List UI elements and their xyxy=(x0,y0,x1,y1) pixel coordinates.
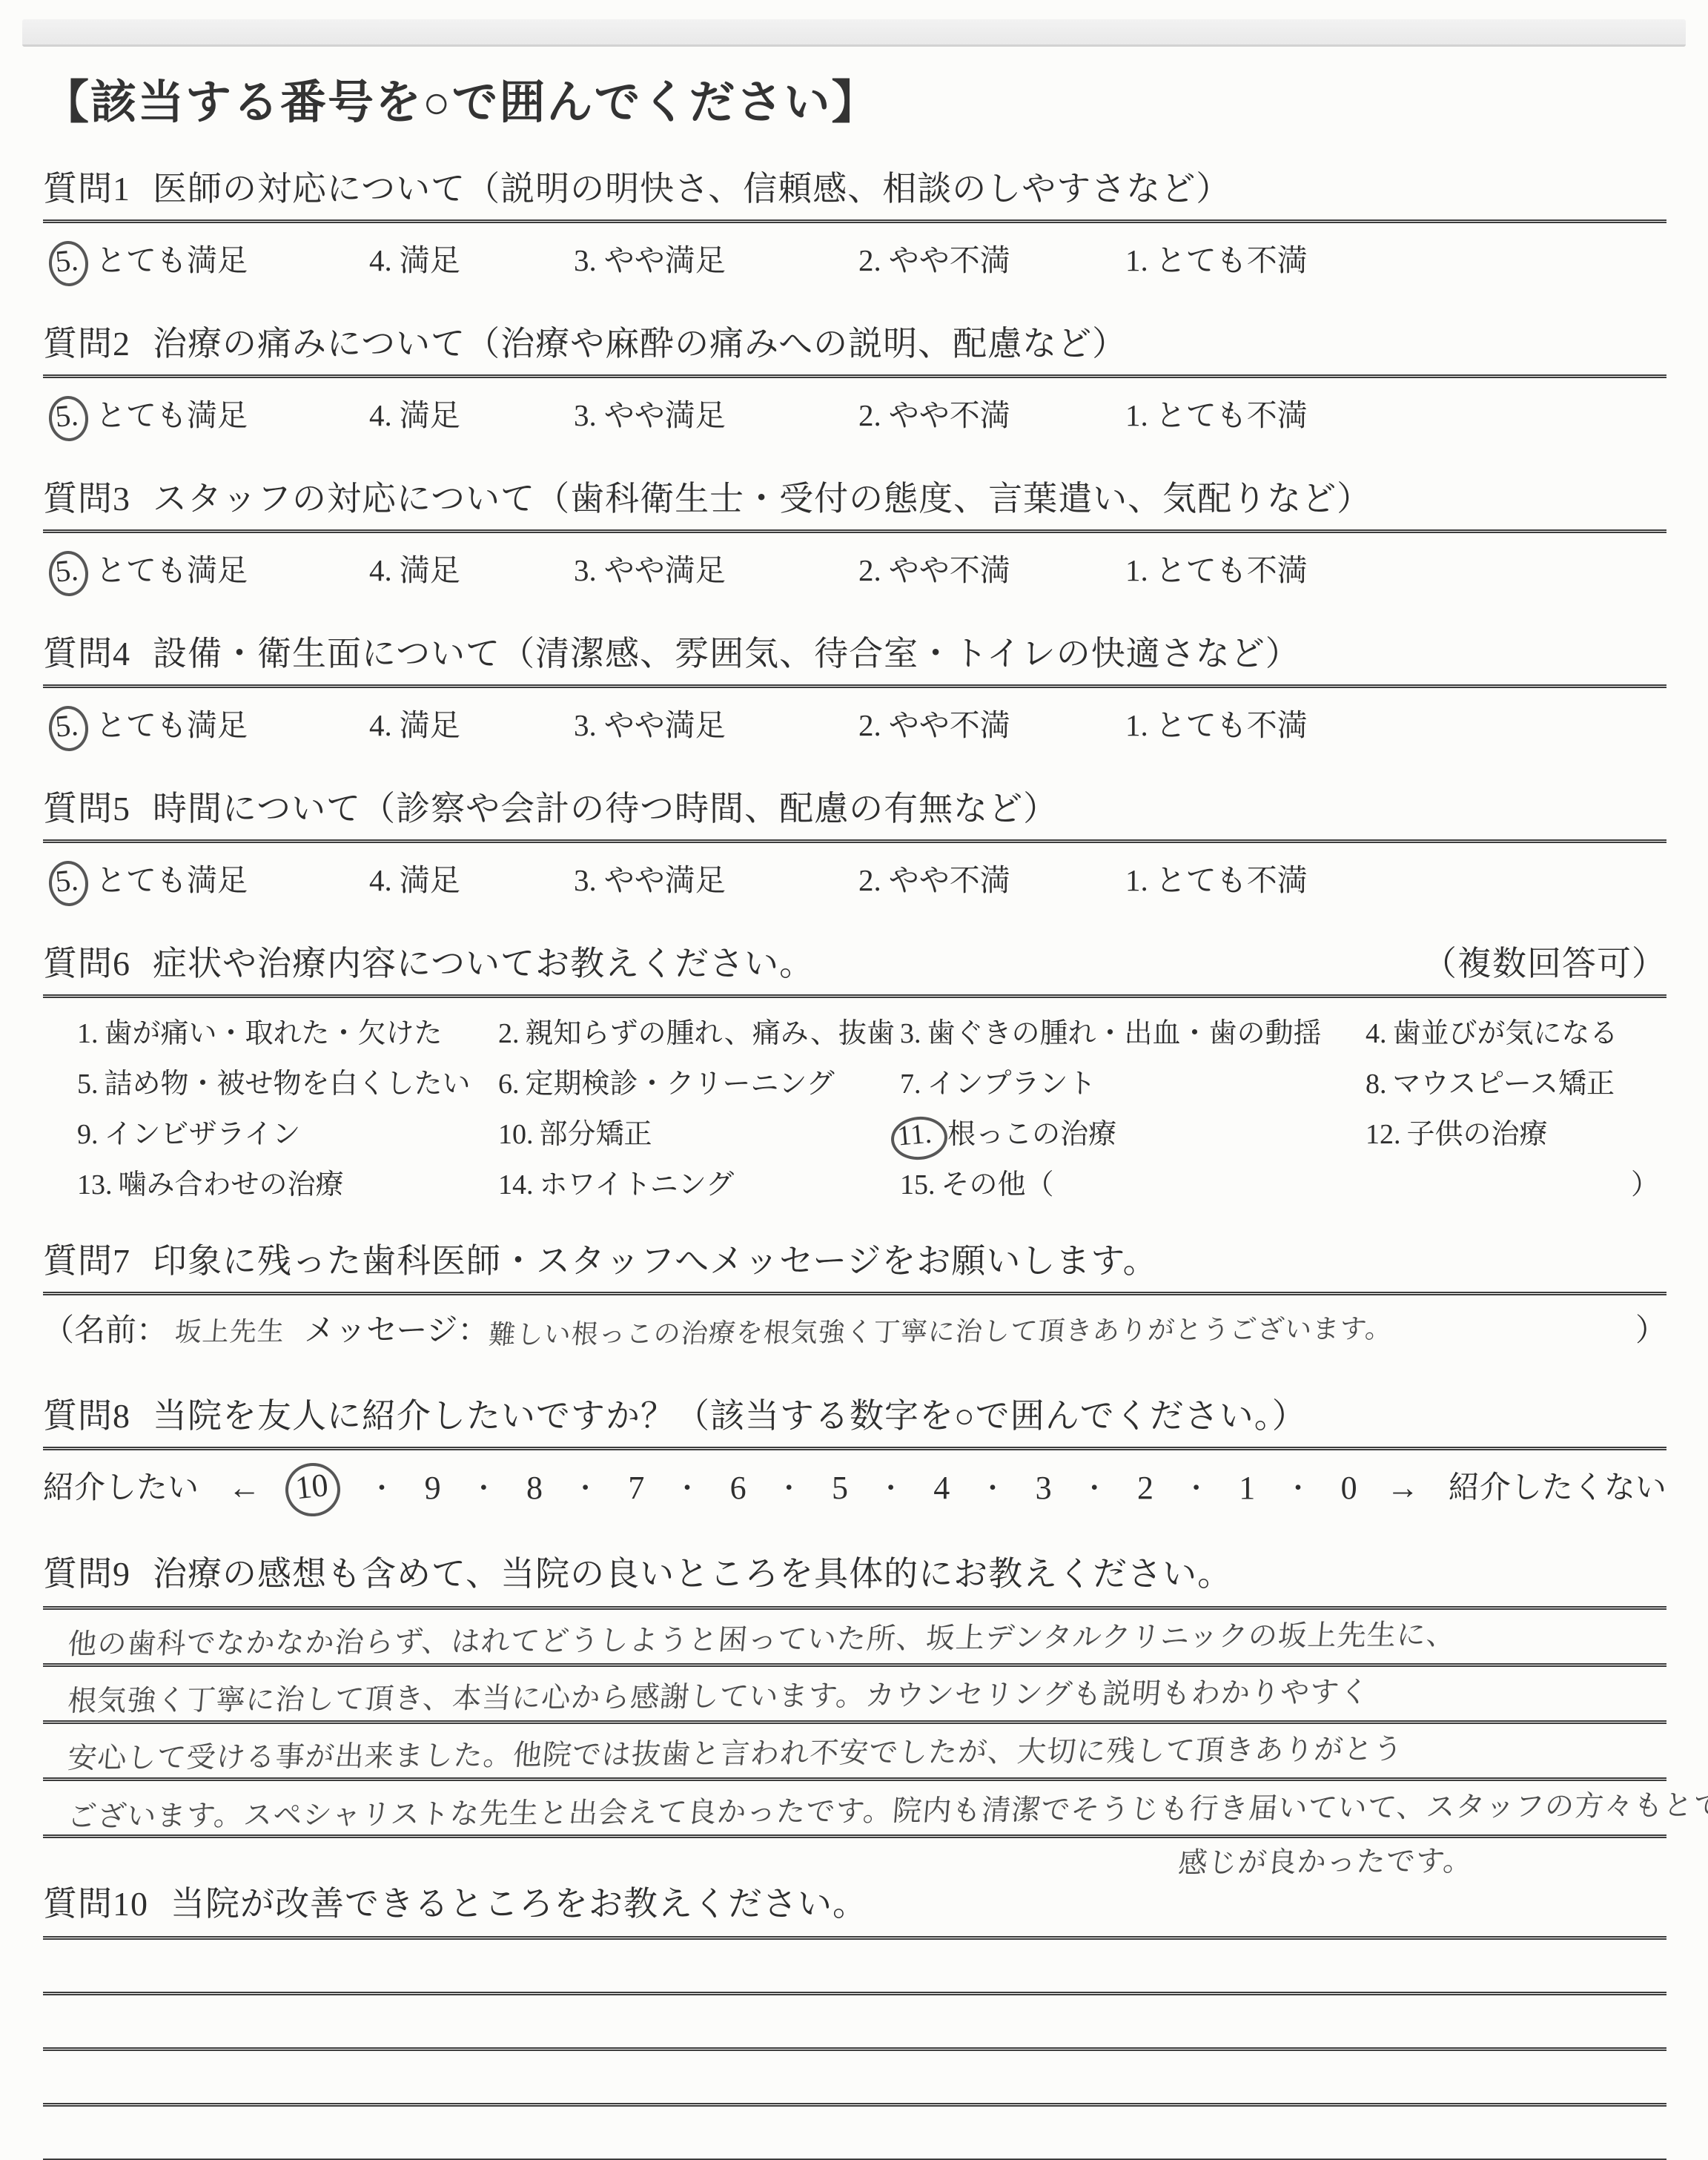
question-10: 質問10 当院が改善できるところをお教えください。 xyxy=(43,1883,1666,2160)
option-number: 10. xyxy=(498,1119,534,1150)
rating-option-4: 4.満足 xyxy=(369,858,574,902)
option-number: 9. xyxy=(77,1119,99,1150)
option-label: 親知らずの腫れ、痛み、抜歯 xyxy=(526,1018,896,1049)
option-number: 3. xyxy=(574,553,597,587)
question-2-heading: 質問2 治療の痛みについて（治療や麻酔の痛みへの説明、配慮など） xyxy=(43,323,1666,366)
option-number: 1. xyxy=(1125,398,1148,432)
option-label: マウスピース矯正 xyxy=(1393,1069,1615,1100)
answer-line-empty xyxy=(43,1940,1666,1995)
question-title: 設備・衛生面について（清潔感、雰囲気、待合室・トイレの快適さなど） xyxy=(153,633,1300,676)
symptom-option-10: 10.部分矯正 xyxy=(498,1118,900,1151)
symptom-option-3: 3.歯ぐきの腫れ・出血・歯の動揺 xyxy=(900,1017,1366,1050)
symptom-options-grid: 1.歯が痛い・取れた・欠けた 2.親知らずの腫れ、痛み、抜歯 3.歯ぐきの腫れ・… xyxy=(43,998,1666,1201)
rating-option-5: 5. とても満足 xyxy=(58,858,369,902)
symptom-option-14: 14.ホワイトニング xyxy=(498,1169,900,1201)
option-number: 1. xyxy=(1125,243,1148,277)
option-label: とても不満 xyxy=(1156,708,1308,742)
question-title: 印象に残った歯科医師・スタッフへメッセージをお願いします。 xyxy=(153,1240,1158,1283)
rating-option-3: 3.やや満足 xyxy=(574,238,858,283)
handwritten-answer: 感じが良かったです。 xyxy=(1177,1838,1475,1882)
nps-number-6: 6 xyxy=(730,1464,747,1512)
rating-option-4: 4.満足 xyxy=(369,238,574,283)
question-label: 質問6 xyxy=(43,942,130,985)
question-1: 質問1 医師の対応について（説明の明快さ、信頼感、相談のしやすさなど） 5. と… xyxy=(43,168,1666,284)
option-label: やや不満 xyxy=(889,708,1010,742)
option-label: 詰め物・被せ物を白くしたい xyxy=(105,1069,471,1100)
option-label: 満足 xyxy=(400,863,460,897)
handwritten-answer: ございます。スペシャリストな先生と出会えて良かったです。院内も清潔でそうじも行き… xyxy=(66,1784,1708,1839)
question-9-heading: 質問9 治療の感想も含めて、当院の良いところを具体的にお教えください。 xyxy=(43,1553,1666,1596)
handwritten-circle: 5. xyxy=(47,394,90,443)
question-3-heading: 質問3 スタッフの対応について（歯科衛生士・受付の態度、言葉遣い、気配りなど） xyxy=(43,478,1666,521)
message-prefix: メッセージ： xyxy=(304,1309,489,1353)
option-label: やや不満 xyxy=(889,243,1010,277)
rating-option-2: 2.やや不満 xyxy=(858,548,1125,592)
dot-separator: ・ xyxy=(1081,1464,1108,1512)
rating-option-1: 1.とても不満 xyxy=(1125,548,1666,592)
other-close-paren: ） xyxy=(1366,1169,1666,1201)
option-number: 5. xyxy=(77,1069,99,1100)
question-title: 当院が改善できるところをお教えください。 xyxy=(171,1883,867,1926)
option-label: やや不満 xyxy=(889,398,1010,432)
question-label: 質問9 xyxy=(43,1553,130,1596)
answer-line-empty xyxy=(43,1995,1666,2051)
rating-option-2: 2.やや不満 xyxy=(858,393,1125,437)
handwritten-answer: 安心して受ける事が出来ました。他院では抜歯と言われ不安でしたが、大切に残して頂き… xyxy=(66,1728,1405,1781)
symptom-option-7: 7.インプラント xyxy=(900,1068,1366,1100)
symptom-option-4: 4.歯並びが気になる xyxy=(1366,1017,1666,1050)
option-number: 2. xyxy=(858,243,881,277)
rating-option-5: 5. とても満足 xyxy=(58,703,369,747)
rating-options: 5. とても満足 4.満足 3.やや満足 2.やや不満 1.とても不満 xyxy=(43,223,1666,284)
option-label: 噛み合わせの治療 xyxy=(119,1169,344,1200)
option-number: 5. xyxy=(54,862,80,899)
rating-option-3: 3.やや満足 xyxy=(574,548,858,592)
rating-option-1: 1.とても不満 xyxy=(1125,393,1666,437)
question-4: 質問4 設備・衛生面について（清潔感、雰囲気、待合室・トイレの快適さなど） 5.… xyxy=(43,633,1666,749)
handwritten-message: 難しい根っこの治療を根気強く丁寧に治して頂きありがとうございます。 xyxy=(487,1307,1394,1358)
question-5-heading: 質問5 時間について（診察や会計の待つ時間、配慮の有無など） xyxy=(43,787,1666,830)
option-label: 満足 xyxy=(400,553,460,587)
rating-option-2: 2.やや不満 xyxy=(858,238,1125,283)
nps-number-4: 4 xyxy=(933,1464,950,1512)
rating-option-3: 3.やや満足 xyxy=(574,703,858,747)
option-number: 13. xyxy=(77,1169,113,1200)
question-8-heading: 質問8 当院を友人に紹介したいですか？（該当する数字を○で囲んでください。） xyxy=(43,1395,1666,1438)
option-number: 15. xyxy=(900,1169,936,1200)
close-paren: ） xyxy=(1635,1309,1666,1353)
scan-artifact-bar xyxy=(22,19,1686,47)
option-number: 1. xyxy=(77,1018,99,1049)
message-line: （名前： 坂上先生 メッセージ： 難しい根っこの治療を根気強く丁寧に治して頂きあ… xyxy=(43,1295,1666,1356)
option-label: やや満足 xyxy=(604,708,726,742)
handwritten-circle: 5. xyxy=(47,549,90,598)
option-number: 1. xyxy=(1125,708,1148,742)
symptom-option-8: 8.マウスピース矯正 xyxy=(1366,1068,1666,1100)
symptom-option-12: 12.子供の治療 xyxy=(1366,1118,1666,1151)
option-number: 1. xyxy=(1125,553,1148,587)
scanned-survey-page: 【該当する番号を○で囲んでください】 質問1 医師の対応について（説明の明快さ、… xyxy=(0,0,1708,2160)
option-number: 5. xyxy=(54,397,80,434)
question-7-heading: 質問7 印象に残った歯科医師・スタッフへメッセージをお願いします。 xyxy=(43,1240,1666,1283)
option-label: とても満足 xyxy=(96,863,248,897)
option-label: 満足 xyxy=(400,398,460,432)
question-5: 質問5 時間について（診察や会計の待つ時間、配慮の有無など） 5. とても満足 … xyxy=(43,787,1666,904)
question-1-heading: 質問1 医師の対応について（説明の明快さ、信頼感、相談のしやすさなど） xyxy=(43,168,1666,211)
answer-line: ございます。スペシャリストな先生と出会えて良かったです。院内も清潔でそうじも行き… xyxy=(43,1781,1666,1838)
option-label: 根っこの治療 xyxy=(947,1119,1116,1150)
question-9: 質問9 治療の感想も含めて、当院の良いところを具体的にお教えください。 他の歯科… xyxy=(43,1553,1666,1881)
question-title: 治療の感想も含めて、当院の良いところを具体的にお教えください。 xyxy=(153,1553,1232,1596)
option-number: 11. xyxy=(896,1118,933,1152)
question-title: 症状や治療内容についてお教えください。 xyxy=(153,942,814,985)
left-arrow-icon: ← xyxy=(228,1464,261,1512)
option-label: 定期検診・クリーニング xyxy=(526,1069,835,1100)
symptom-option-5: 5.詰め物・被せ物を白くしたい xyxy=(77,1068,498,1100)
question-title: 医師の対応について（説明の明快さ、信頼感、相談のしやすさなど） xyxy=(153,168,1231,211)
nps-number-9: 9 xyxy=(425,1464,441,1512)
rating-option-1: 1.とても不満 xyxy=(1125,238,1666,283)
right-arrow-icon: → xyxy=(1386,1464,1419,1512)
option-label: やや不満 xyxy=(889,863,1010,897)
handwritten-circle: 5. xyxy=(47,859,90,908)
option-number: 4. xyxy=(369,398,392,432)
option-number: 2. xyxy=(858,553,881,587)
rating-option-3: 3.やや満足 xyxy=(574,393,858,437)
option-label: 満足 xyxy=(400,243,460,277)
question-2: 質問2 治療の痛みについて（治療や麻酔の痛みへの説明、配慮など） 5. とても満… xyxy=(43,323,1666,439)
question-title: 時間について（診察や会計の待つ時間、配慮の有無など） xyxy=(153,787,1058,830)
option-label: ホワイトニング xyxy=(540,1169,735,1200)
option-number: 5. xyxy=(54,707,80,744)
page-title: 【該当する番号を○で囲んでください】 xyxy=(43,77,1666,129)
option-label: 部分矯正 xyxy=(540,1119,652,1150)
nps-scale: 紹介したい ← 10 ・ 9 ・ 8 ・ 7 ・ 6 ・ 5 ・ 4 ・ 3 ・… xyxy=(43,1450,1666,1514)
question-title: スタッフの対応について（歯科衛生士・受付の態度、言葉遣い、気配りなど） xyxy=(153,478,1371,521)
question-8: 質問8 当院を友人に紹介したいですか？（該当する数字を○で囲んでください。） 紹… xyxy=(43,1395,1666,1514)
option-label: その他（ xyxy=(941,1169,1054,1200)
answer-line-empty xyxy=(43,2107,1666,2160)
question-label: 質問5 xyxy=(43,787,130,830)
option-number: 8. xyxy=(1366,1069,1387,1100)
option-number: 3. xyxy=(900,1018,921,1049)
option-number: 2. xyxy=(858,398,881,432)
rating-option-4: 4.満足 xyxy=(369,393,574,437)
question-6: 質問6 症状や治療内容についてお教えください。 （複数回答可） 1.歯が痛い・取… xyxy=(43,942,1666,1201)
option-label: やや満足 xyxy=(604,553,726,587)
question-title: 当院を友人に紹介したいですか？（該当する数字を○で囲んでください。） xyxy=(153,1395,1307,1438)
symptom-option-15: 15.その他（ xyxy=(900,1169,1366,1201)
option-number: 7. xyxy=(900,1069,921,1100)
question-7: 質問7 印象に残った歯科医師・スタッフへメッセージをお願いします。 （名前： 坂… xyxy=(43,1240,1666,1356)
rating-option-5: 5. とても満足 xyxy=(58,393,369,437)
answer-line: 根気強く丁寧に治して頂き、本当に心から感謝しています。カウンセリングも説明もわか… xyxy=(43,1667,1666,1724)
answer-overflow-line: 感じが良かったです。 xyxy=(43,1838,1666,1881)
option-label: 歯ぐきの腫れ・出血・歯の動揺 xyxy=(927,1018,1322,1049)
dot-separator: ・ xyxy=(1183,1464,1210,1512)
option-label: インプラント xyxy=(927,1069,1096,1100)
answer-line: 他の歯科でなかなか治らず、はれてどうしようと困っていた所、坂上デンタルクリニック… xyxy=(43,1610,1666,1667)
nps-right-label: 紹介したくない xyxy=(1449,1464,1666,1512)
option-label: 満足 xyxy=(400,708,460,742)
name-prefix: （名前： xyxy=(43,1309,168,1353)
option-label: やや満足 xyxy=(604,863,726,897)
option-label: とても不満 xyxy=(1156,243,1308,277)
rating-options: 5. とても満足 4.満足 3.やや満足 2.やや不満 1.とても不満 xyxy=(43,533,1666,594)
dot-separator: ・ xyxy=(470,1464,497,1512)
nps-number-7: 7 xyxy=(628,1464,644,1512)
rating-option-3: 3.やや満足 xyxy=(574,858,858,902)
nps-number-8: 8 xyxy=(526,1464,543,1512)
option-number: 12. xyxy=(1366,1119,1401,1150)
option-number: 3. xyxy=(574,863,597,897)
empty-answer-lines xyxy=(43,1940,1666,2160)
handwritten-name: 坂上先生 xyxy=(173,1309,287,1354)
question-label: 質問10 xyxy=(43,1883,148,1926)
question-label: 質問4 xyxy=(43,633,130,676)
dot-separator: ・ xyxy=(1285,1464,1311,1512)
option-label: とても満足 xyxy=(96,553,248,587)
handwritten-circle: 11. xyxy=(890,1114,950,1162)
rating-option-2: 2.やや不満 xyxy=(858,703,1125,747)
dot-separator: ・ xyxy=(979,1464,1006,1512)
nps-number-1: 1 xyxy=(1239,1464,1255,1512)
rating-options: 5. とても満足 4.満足 3.やや満足 2.やや不満 1.とても不満 xyxy=(43,378,1666,439)
option-number: 2. xyxy=(498,1018,520,1049)
option-label: 歯が痛い・取れた・欠けた xyxy=(105,1018,443,1049)
question-title: 治療の痛みについて（治療や麻酔の痛みへの説明、配慮など） xyxy=(153,323,1127,366)
multi-answer-note: （複数回答可） xyxy=(1423,942,1666,985)
handwritten-circle: 10 xyxy=(283,1460,343,1519)
option-number: 3. xyxy=(574,398,597,432)
nps-number-10: 10 xyxy=(294,1467,330,1506)
rating-option-4: 4.満足 xyxy=(369,548,574,592)
nps-number-2: 2 xyxy=(1137,1464,1153,1512)
rating-option-2: 2.やや不満 xyxy=(858,858,1125,902)
dot-separator: ・ xyxy=(775,1464,802,1512)
rating-options: 5. とても満足 4.満足 3.やや満足 2.やや不満 1.とても不満 xyxy=(43,843,1666,904)
rating-option-1: 1.とても不満 xyxy=(1125,703,1666,747)
option-number: 3. xyxy=(574,708,597,742)
question-label: 質問2 xyxy=(43,323,130,366)
option-label: とても満足 xyxy=(96,398,248,432)
option-number: 5. xyxy=(54,242,80,279)
dot-separator: ・ xyxy=(572,1464,599,1512)
nps-number-5: 5 xyxy=(832,1464,848,1512)
option-number: 14. xyxy=(498,1169,534,1200)
option-number: 4. xyxy=(369,708,392,742)
rating-option-1: 1.とても不満 xyxy=(1125,858,1666,902)
handwritten-circle: 5. xyxy=(47,704,90,753)
option-number: 4. xyxy=(1366,1018,1387,1049)
dot-separator: ・ xyxy=(674,1464,701,1512)
symptom-option-9: 9.インビザライン xyxy=(77,1118,498,1151)
symptom-option-13: 13.噛み合わせの治療 xyxy=(77,1169,498,1201)
symptom-option-2: 2.親知らずの腫れ、痛み、抜歯 xyxy=(498,1017,900,1050)
option-label: やや満足 xyxy=(604,243,726,277)
option-label: とても満足 xyxy=(96,708,248,742)
dot-separator: ・ xyxy=(878,1464,904,1512)
option-number: 4. xyxy=(369,243,392,277)
question-6-heading: 質問6 症状や治療内容についてお教えください。 （複数回答可） xyxy=(43,942,1666,985)
option-number: 2. xyxy=(858,708,881,742)
option-label: 歯並びが気になる xyxy=(1393,1018,1618,1049)
question-label: 質問3 xyxy=(43,478,130,521)
symptom-option-1: 1.歯が痛い・取れた・欠けた xyxy=(77,1017,498,1050)
question-label: 質問8 xyxy=(43,1395,130,1438)
option-label: とても満足 xyxy=(96,243,248,277)
rating-option-4: 4.満足 xyxy=(369,703,574,747)
handwritten-answer: 根気強く丁寧に治して頂き、本当に心から感謝しています。カウンセリングも説明もわか… xyxy=(66,1671,1371,1723)
nps-left-label: 紹介したい xyxy=(43,1464,199,1512)
rating-options: 5. とても満足 4.満足 3.やや満足 2.やや不満 1.とても不満 xyxy=(43,688,1666,749)
option-label: インビザライン xyxy=(105,1119,301,1150)
option-number: 4. xyxy=(369,863,392,897)
nps-number-0: 0 xyxy=(1341,1464,1357,1512)
rating-option-5: 5. とても満足 xyxy=(58,548,369,592)
nps-number-3: 3 xyxy=(1036,1464,1052,1512)
option-number: 2. xyxy=(858,863,881,897)
option-label: 子供の治療 xyxy=(1407,1119,1548,1150)
option-number: 1. xyxy=(1125,863,1148,897)
option-number: 3. xyxy=(574,243,597,277)
symptom-option-11: 11.根っこの治療 xyxy=(900,1118,1366,1151)
option-number: 4. xyxy=(369,553,392,587)
option-label: やや不満 xyxy=(889,553,1010,587)
symptom-option-6: 6.定期検診・クリーニング xyxy=(498,1068,900,1100)
option-number: 5. xyxy=(54,552,80,589)
option-label: とても不満 xyxy=(1156,398,1308,432)
option-label: やや満足 xyxy=(604,398,726,432)
handwritten-answer: 他の歯科でなかなか治らず、はれてどうしようと困っていた所、坂上デンタルクリニック… xyxy=(66,1614,1457,1666)
option-label: とても不満 xyxy=(1156,553,1308,587)
dot-separator: ・ xyxy=(368,1464,395,1512)
option-number: 6. xyxy=(498,1069,520,1100)
question-label: 質問1 xyxy=(43,168,130,211)
question-10-heading: 質問10 当院が改善できるところをお教えください。 xyxy=(43,1883,1666,1926)
answer-line-empty xyxy=(43,2051,1666,2107)
answer-line: 安心して受ける事が出来ました。他院では抜歯と言われ不安でしたが、大切に残して頂き… xyxy=(43,1724,1666,1781)
option-label: とても不満 xyxy=(1156,863,1308,897)
rating-option-5: 5. とても満足 xyxy=(58,238,369,283)
question-4-heading: 質問4 設備・衛生面について（清潔感、雰囲気、待合室・トイレの快適さなど） xyxy=(43,633,1666,676)
question-3: 質問3 スタッフの対応について（歯科衛生士・受付の態度、言葉遣い、気配りなど） … xyxy=(43,478,1666,594)
handwritten-circle: 5. xyxy=(47,240,90,288)
question-label: 質問7 xyxy=(43,1240,130,1283)
